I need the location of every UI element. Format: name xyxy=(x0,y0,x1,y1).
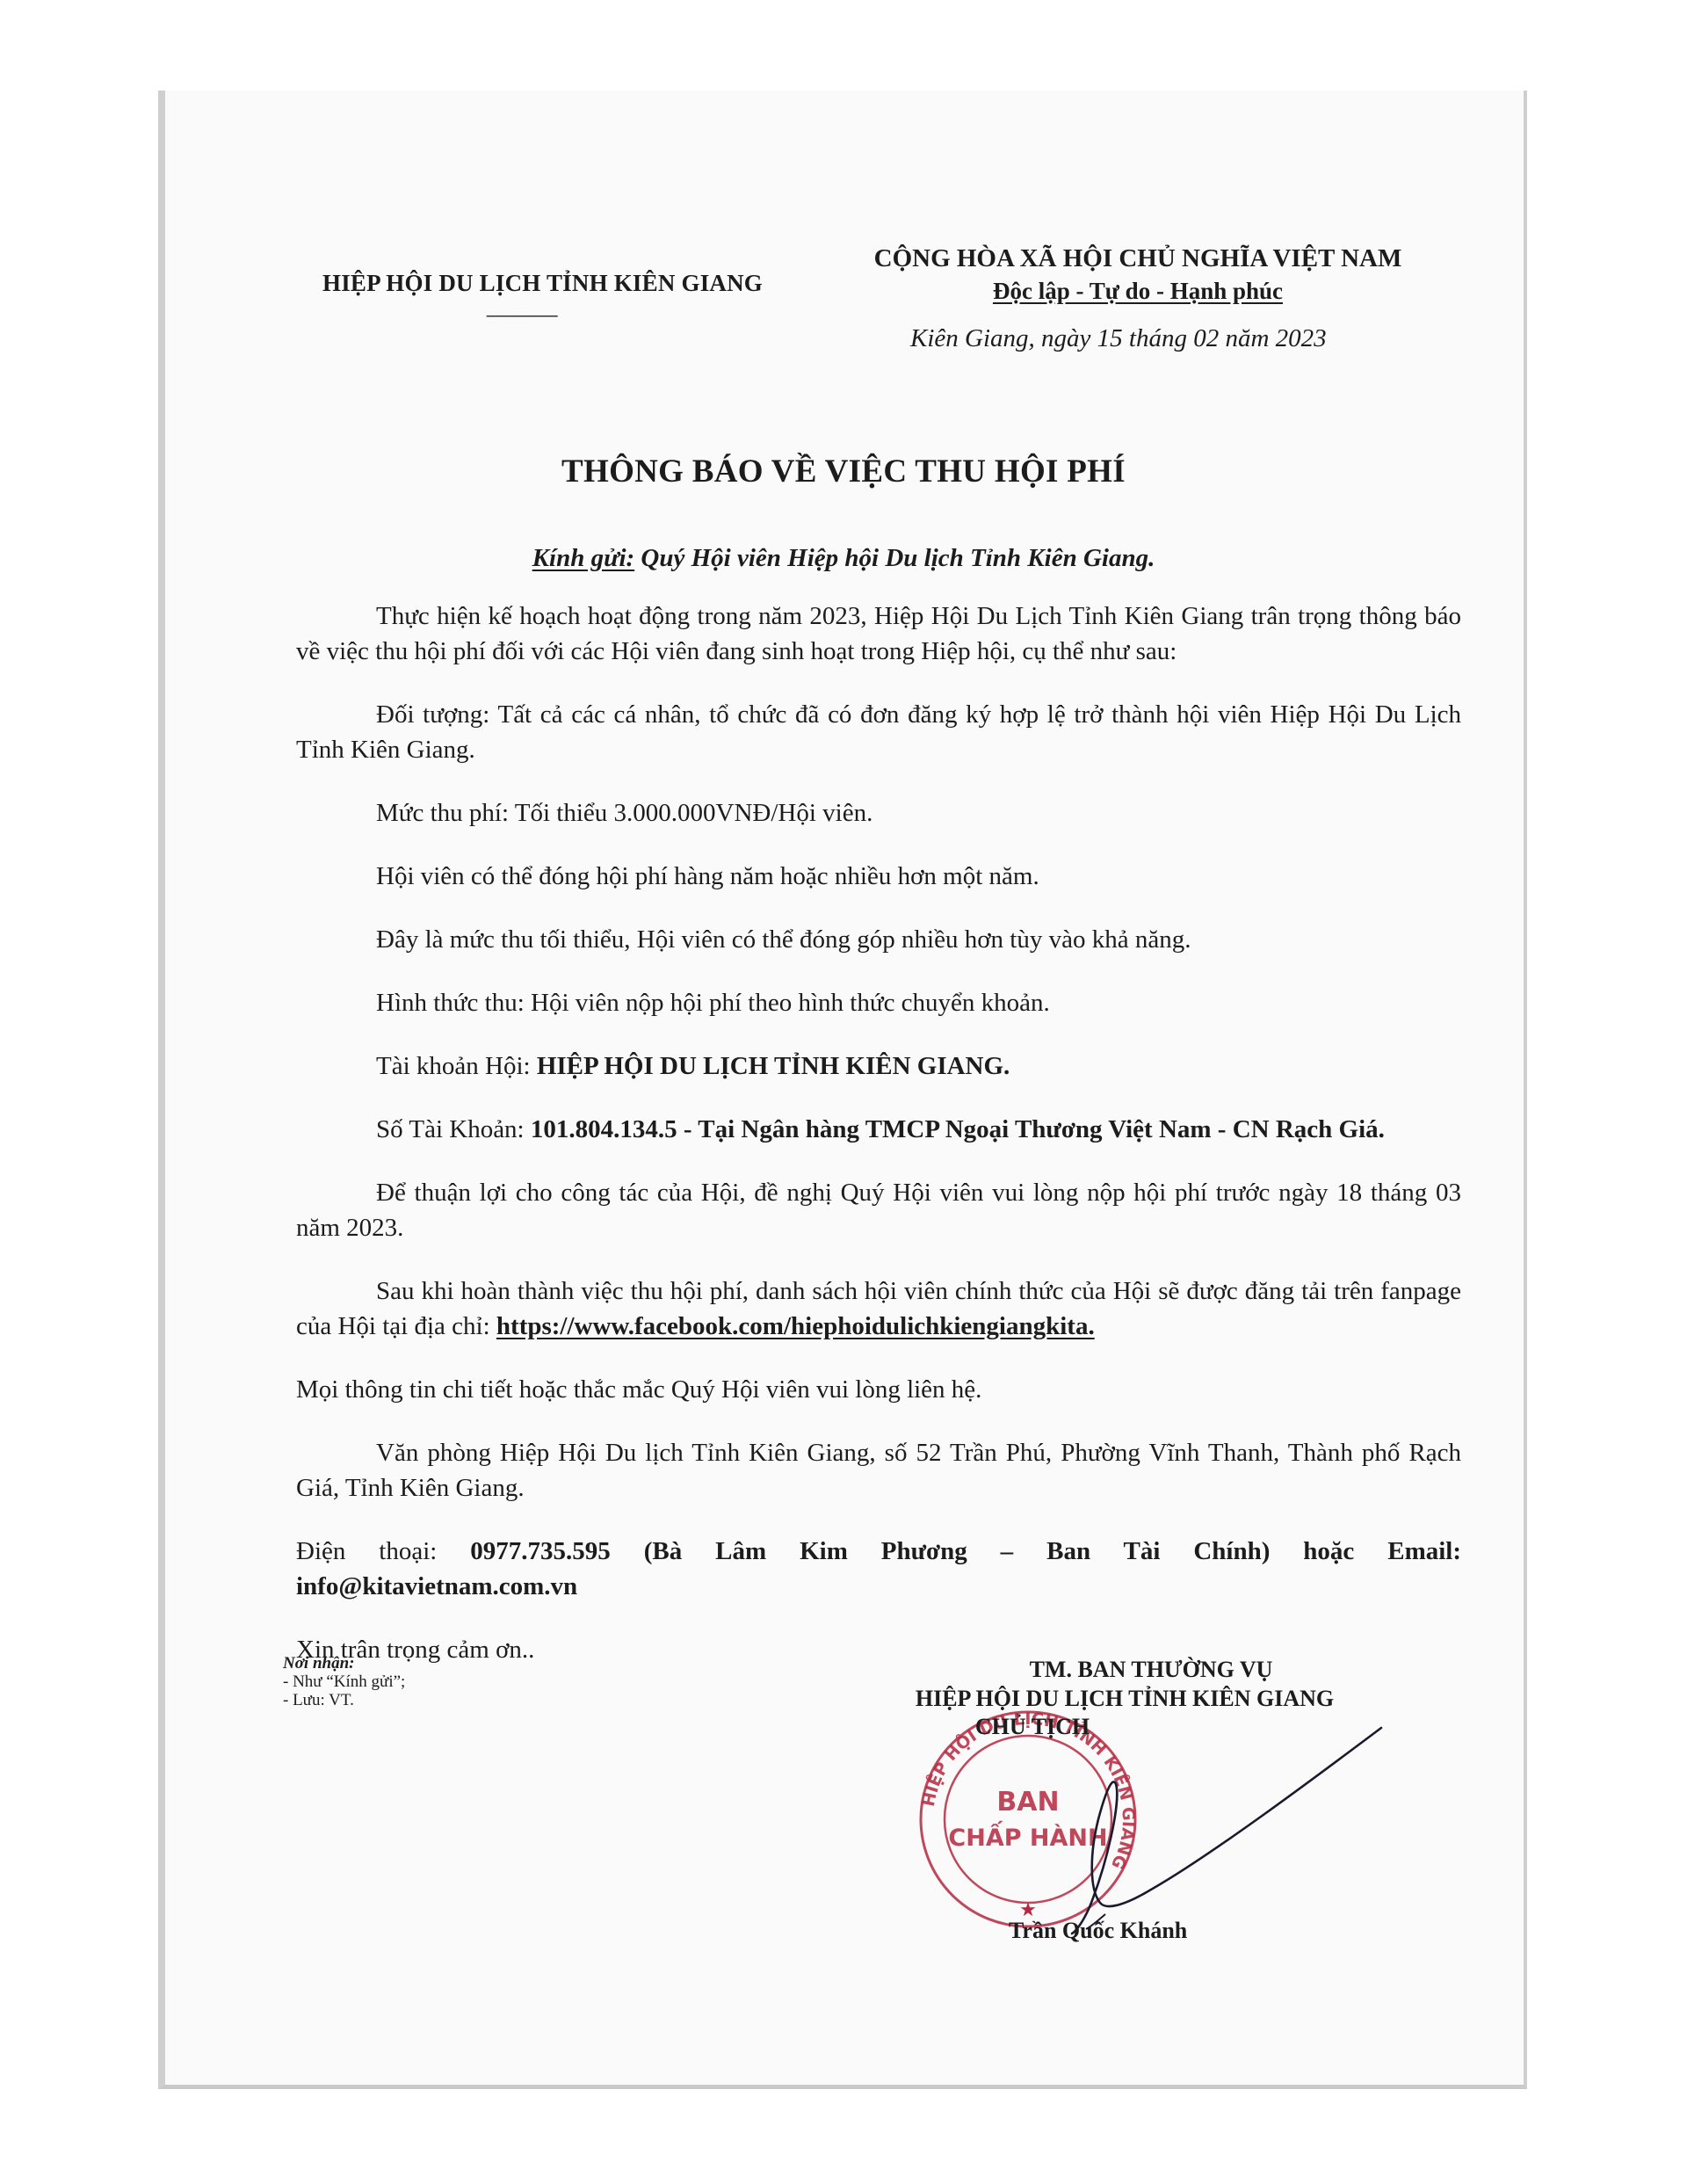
paragraph-account: Tài khoản Hội: HIỆP HỘI DU LỊCH TỈNH KIÊ… xyxy=(296,1048,1461,1084)
fanpage-link[interactable]: https://www.facebook.com/hiephoidulichki… xyxy=(496,1312,1095,1340)
paragraph-office: Văn phòng Hiệp Hội Du lịch Tỉnh Kiên Gia… xyxy=(296,1435,1461,1506)
national-title: CỘNG HÒA XÃ HỘI CHỦ NGHĨA VIỆT NAM xyxy=(852,244,1423,273)
signature-organization: HIỆP HỘI DU LỊCH TỈNH KIÊN GIANG xyxy=(879,1686,1371,1712)
national-motto: Độc lập - Tự do - Hạnh phúc xyxy=(852,278,1423,305)
paragraph-method: Hình thức thu: Hội viên nộp hội phí theo… xyxy=(296,985,1461,1020)
account-label: Tài khoản Hội: xyxy=(376,1052,537,1080)
greeting-label: Kính gửi: xyxy=(532,544,635,572)
paragraph-frequency: Hội viên có thể đóng hội phí hàng năm ho… xyxy=(296,859,1461,894)
paragraph-fee: Mức thu phí: Tối thiểu 3.000.000VNĐ/Hội … xyxy=(296,795,1461,831)
phone-detail: 0977.735.595 (Bà Lâm Kim Phương – Ban Tà… xyxy=(296,1537,1461,1600)
motto-text: Độc lập - Tự do - Hạnh phúc xyxy=(993,278,1283,304)
paragraph-contact-intro: Mọi thông tin chi tiết hoặc thắc mắc Quý… xyxy=(296,1372,1461,1407)
paragraph-minimum-note: Đây là mức thu tối thiểu, Hội viên có th… xyxy=(296,922,1461,957)
recipient-item: - Như “Kính gửi”; xyxy=(283,1672,405,1691)
organization-divider: ------------------ xyxy=(486,306,557,324)
handwritten-signature-icon xyxy=(1037,1723,1406,1951)
account-number-label: Số Tài Khoản: xyxy=(376,1115,531,1143)
signature-on-behalf: TM. BAN THƯỜNG VỤ xyxy=(905,1657,1397,1683)
paragraph-account-number: Số Tài Khoản: 101.804.134.5 - Tại Ngân h… xyxy=(296,1112,1461,1147)
greeting: Kính gửi: Quý Hội viên Hiệp hội Du lịch … xyxy=(0,544,1687,573)
document-title: THÔNG BÁO VỀ VIỆC THU HỘI PHÍ xyxy=(0,453,1687,490)
paragraph-intro: Thực hiện kế hoạch hoạt động trong năm 2… xyxy=(296,599,1461,669)
greeting-recipient: Quý Hội viên Hiệp hội Du lịch Tỉnh Kiên … xyxy=(634,544,1155,572)
dateline: Kiên Giang, ngày 15 tháng 02 năm 2023 xyxy=(910,324,1327,353)
phone-label: Điện thoại: xyxy=(296,1537,470,1565)
recipients-heading: Nơi nhận: xyxy=(283,1654,405,1672)
paragraph-deadline: Để thuận lợi cho công tác của Hội, đề ng… xyxy=(296,1175,1461,1245)
organization-name: HIỆP HỘI DU LỊCH TỈNH KIÊN GIANG xyxy=(322,270,763,297)
document-body: Thực hiện kế hoạch hoạt động trong năm 2… xyxy=(296,599,1461,1695)
paragraph-publish: Sau khi hoàn thành việc thu hội phí, dan… xyxy=(296,1273,1461,1344)
account-number: 101.804.134.5 - Tại Ngân hàng TMCP Ngoại… xyxy=(531,1115,1385,1143)
signer-name: Trần Quốc Khánh xyxy=(1009,1918,1187,1944)
paragraph-phone: Điện thoại: 0977.735.595 (Bà Lâm Kim Phư… xyxy=(296,1534,1461,1604)
recipient-item: - Lưu: VT. xyxy=(283,1691,405,1709)
recipients-block: Nơi nhận: - Như “Kính gửi”; - Lưu: VT. xyxy=(283,1654,405,1709)
account-name: HIỆP HỘI DU LỊCH TỈNH KIÊN GIANG. xyxy=(537,1052,1010,1080)
paragraph-target: Đối tượng: Tất cả các cá nhân, tổ chức đ… xyxy=(296,697,1461,767)
